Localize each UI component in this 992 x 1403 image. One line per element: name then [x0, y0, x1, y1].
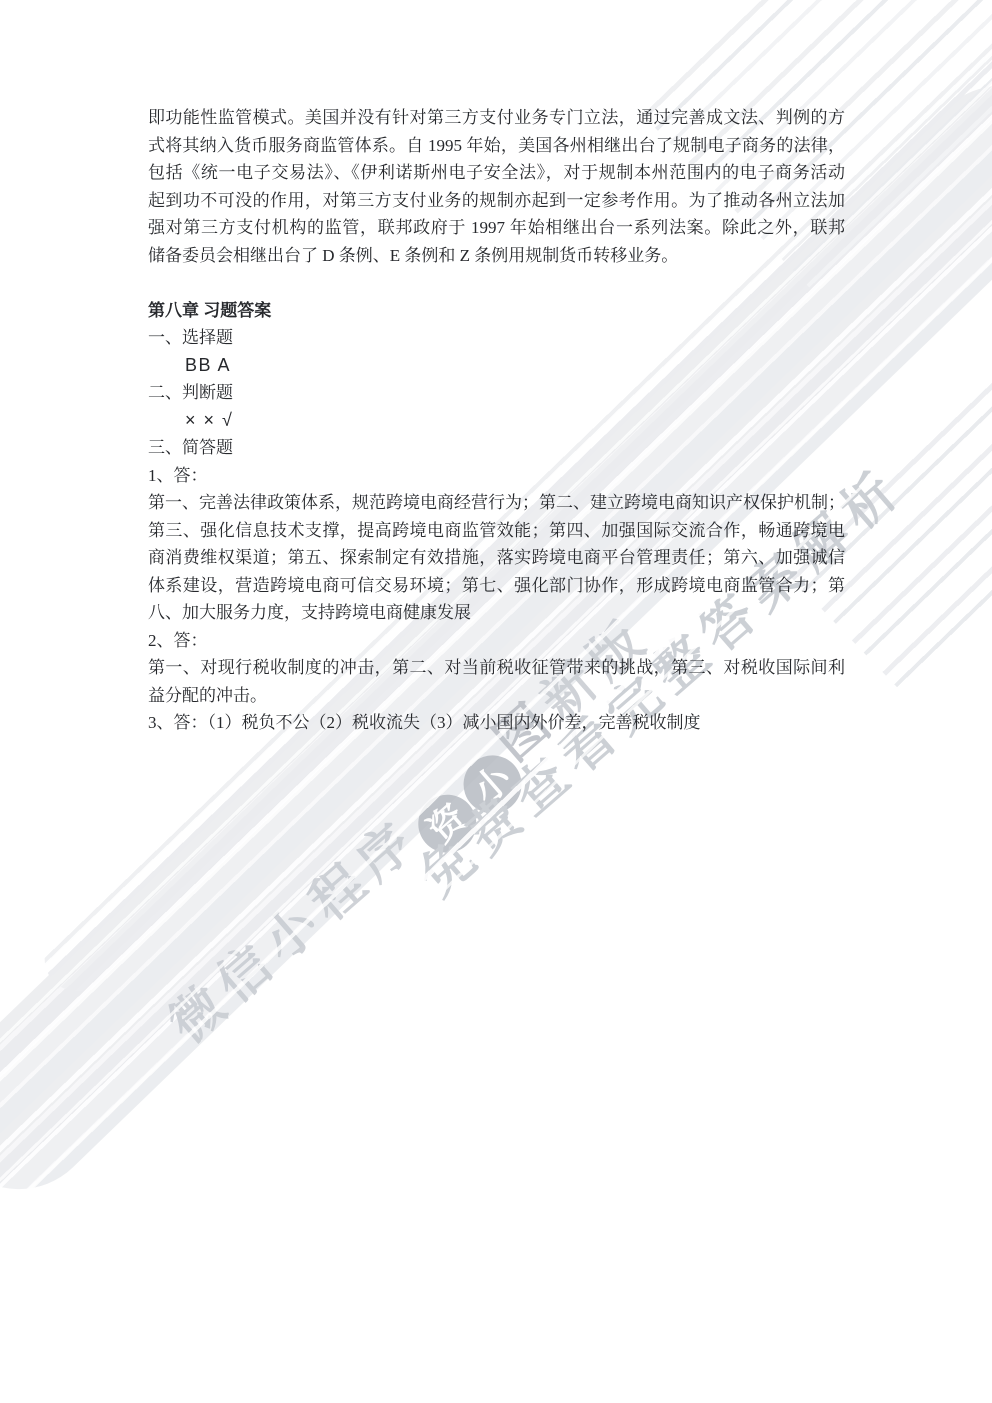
text-line: 商消费维权渠道；第五、探索制定有效措施，落实跨境电商平台管理责任；第六、加强诚信: [148, 544, 845, 572]
text-line: 3、答：（1）税负不公（2）税收流失（3）减小国内外价差，完善税收制度: [148, 709, 845, 737]
text-line: 一、选择题: [148, 324, 845, 352]
text-line: 即功能性监管模式。美国并没有针对第三方支付业务专门立法，通过完善成文法、判例的方: [148, 104, 845, 132]
text-line: 包括《统一电子交易法》、《伊利诺斯州电子安全法》，对于规制本州范围内的电子商务活…: [148, 159, 845, 187]
text-line: 第一、对现行税收制度的冲击，第二、对当前税收征管带来的挑战，第三、对税收国际间利: [148, 654, 845, 682]
text-line: 式将其纳入货币服务商监管体系。自 1995 年始，美国各州相继出台了规制电子商务…: [148, 132, 845, 160]
document-page: 微信小程序资小图新版 免费查看完整答案解析 即功能性监管模式。美国并没有针对第三…: [0, 0, 992, 1403]
document-body: 即功能性监管模式。美国并没有针对第三方支付业务专门立法，通过完善成文法、判例的方…: [148, 104, 845, 737]
text-line: 八、加大服务力度，支持跨境电商健康发展: [148, 599, 845, 627]
text-line: 第三、强化信息技术支撑，提高跨境电商监管效能；第四、加强国际交流合作，畅通跨境电: [148, 517, 845, 545]
text-line: 2、答：: [148, 627, 845, 655]
text-line: 强对第三方支付机构的监管，联邦政府于 1997 年始相继出台一系列法案。除此之外…: [148, 214, 845, 242]
text-line: 1、答：: [148, 462, 845, 490]
text-line: [148, 269, 845, 297]
text-line: 体系建设，营造跨境电商可信交易环境；第七、强化部门协作，形成跨境电商监管合力；第: [148, 572, 845, 600]
text-line: 第八章 习题答案: [148, 297, 845, 325]
text-line: 益分配的冲击。: [148, 682, 845, 710]
text-line: 第一、完善法律政策体系，规范跨境电商经营行为；第二、建立跨境电商知识产权保护机制…: [148, 489, 845, 517]
text-line: BB A: [148, 352, 845, 380]
text-line: 二、判断题: [148, 379, 845, 407]
text-line: 三、简答题: [148, 434, 845, 462]
text-line: × × √: [148, 407, 845, 435]
text-line: 储备委员会相继出台了 D 条例、E 条例和 Z 条例用规制货币转移业务。: [148, 242, 845, 270]
text-line: 起到功不可没的作用，对第三方支付业务的规制亦起到一定参考作用。为了推动各州立法加: [148, 187, 845, 215]
